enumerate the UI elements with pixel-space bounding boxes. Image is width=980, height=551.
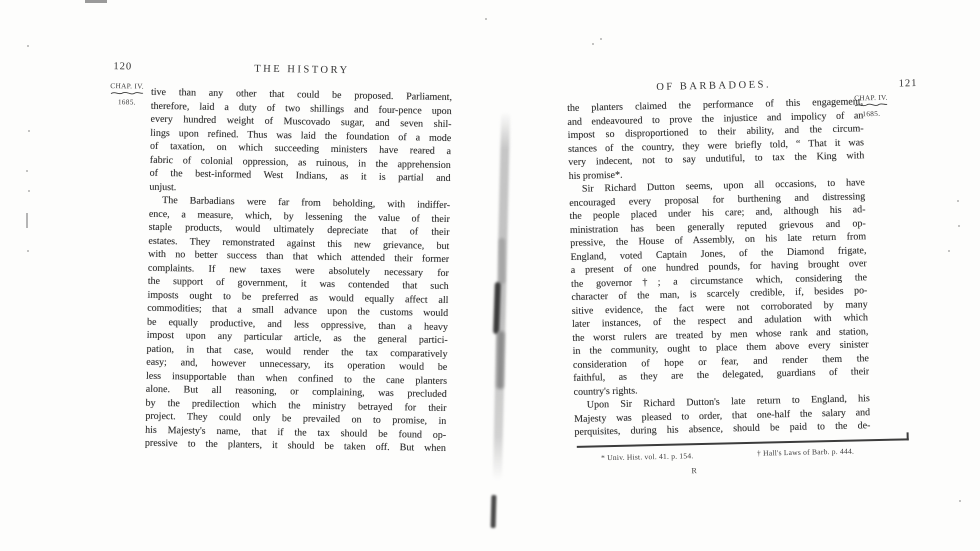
paragraph: Sir Richard Dutton seems, upon all occas…	[569, 176, 870, 399]
flourish-underline	[110, 90, 144, 97]
chapter-label: CHAP. IV.	[105, 81, 149, 91]
scan-artifact-gutter-shadow	[496, 331, 504, 389]
year-label: 1685.	[105, 97, 149, 107]
right-body-text: the planters claimed the performance of …	[567, 95, 871, 439]
scan-artifact-speck	[600, 38, 602, 40]
scan-artifact-speck	[592, 43, 594, 45]
scan-artifact-speck	[28, 130, 30, 132]
footnote-rule	[577, 438, 909, 448]
scan-artifact-gutter-shadow	[499, 238, 505, 284]
scan-artifact-speck	[957, 200, 959, 202]
footnote-left: * Univ. Hist. vol. 41. p. 154.	[601, 451, 694, 462]
scan-artifact-speck	[958, 225, 960, 227]
scan-artifact-speck	[27, 45, 29, 47]
left-page: 120 THE HISTORY CHAP. IV. 1685. tive tha…	[100, 59, 453, 475]
left-running-title: THE HISTORY	[151, 62, 452, 78]
signature-mark: R	[691, 466, 697, 475]
scan-artifact-speck	[948, 250, 950, 252]
left-margin-note: CHAP. IV. 1685.	[105, 81, 149, 107]
left-body-text: tive than any other that could be propos…	[145, 86, 452, 456]
scan-artifact-speck	[959, 500, 961, 502]
book-scan: 120 THE HISTORY CHAP. IV. 1685. tive tha…	[0, 0, 980, 551]
footnote-right: † Hall's Laws of Barb. p. 444.	[757, 447, 854, 458]
scan-artifact-gutter-shadow	[491, 495, 497, 528]
paragraph: tive than any other that could be propos…	[149, 86, 452, 199]
paragraph: The Barbadians were far from beholding, …	[145, 194, 450, 456]
scan-artifact-speck	[26, 213, 28, 228]
right-page: OF BARBADOES. 121 CHAP. IV. 1685. the pl…	[558, 72, 931, 482]
scan-artifact-speck	[28, 190, 30, 192]
right-page-number: 121	[899, 78, 918, 89]
scan-artifact-speck	[26, 170, 28, 172]
right-running-title: OF BARBADOES.	[559, 77, 869, 95]
scan-artifact-top-bar	[85, 0, 107, 3]
left-page-number: 120	[113, 61, 132, 72]
paragraph: the planters claimed the performance of …	[567, 95, 865, 183]
scan-artifact-speck	[485, 18, 487, 20]
scan-artifact-speck	[27, 250, 29, 252]
footnote-rule-tick	[907, 432, 909, 440]
paragraph: Upon Sir Richard Dutton's late return to…	[574, 392, 871, 439]
